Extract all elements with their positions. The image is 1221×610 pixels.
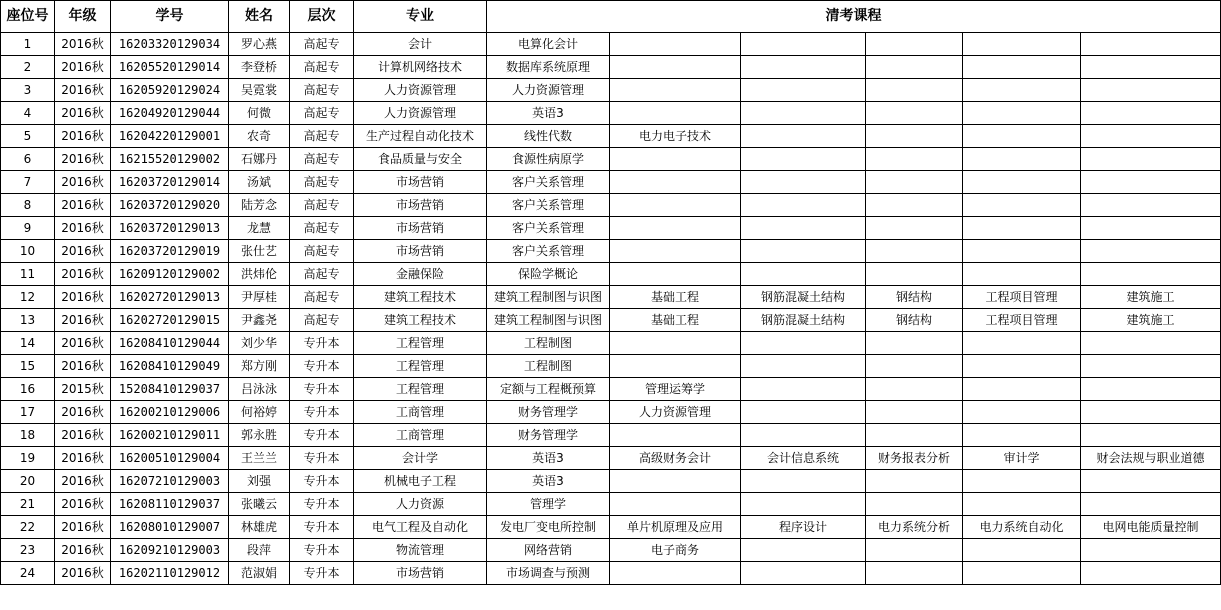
- course-cell-2[interactable]: 电子商务: [610, 539, 741, 562]
- course-cell-5[interactable]: [963, 424, 1081, 447]
- grade-cell[interactable]: 2016秋: [55, 33, 111, 56]
- major-cell[interactable]: 物流管理: [354, 539, 487, 562]
- course-cell-4[interactable]: [866, 493, 963, 516]
- course-cell-1[interactable]: 工程制图: [487, 332, 610, 355]
- course-cell-2[interactable]: 基础工程: [610, 309, 741, 332]
- major-cell[interactable]: 市场营销: [354, 217, 487, 240]
- course-cell-4[interactable]: [866, 539, 963, 562]
- grade-cell[interactable]: 2016秋: [55, 263, 111, 286]
- course-cell-1[interactable]: 英语3: [487, 447, 610, 470]
- major-cell[interactable]: 市场营销: [354, 194, 487, 217]
- course-cell-6[interactable]: [1081, 401, 1221, 424]
- grade-cell[interactable]: 2016秋: [55, 493, 111, 516]
- course-cell-2[interactable]: [610, 332, 741, 355]
- course-cell-4[interactable]: [866, 263, 963, 286]
- student-id-cell[interactable]: 15208410129037: [111, 378, 229, 401]
- seat-cell[interactable]: 12: [1, 286, 55, 309]
- course-cell-5[interactable]: [963, 332, 1081, 355]
- seat-cell[interactable]: 3: [1, 79, 55, 102]
- seat-cell[interactable]: 21: [1, 493, 55, 516]
- student-id-cell[interactable]: 16209120129002: [111, 263, 229, 286]
- student-id-cell[interactable]: 16207210129003: [111, 470, 229, 493]
- student-id-cell[interactable]: 16202110129012: [111, 562, 229, 585]
- name-cell[interactable]: 李登桥: [229, 56, 290, 79]
- seat-cell[interactable]: 5: [1, 125, 55, 148]
- course-cell-3[interactable]: [741, 562, 866, 585]
- table-row: 132016秋16202720129015尹鑫尧高起专建筑工程技术建筑工程制图与…: [1, 309, 1221, 332]
- name-cell[interactable]: 张仕艺: [229, 240, 290, 263]
- course-cell-2[interactable]: [610, 79, 741, 102]
- course-cell-1[interactable]: 客户关系管理: [487, 171, 610, 194]
- course-cell-6[interactable]: [1081, 424, 1221, 447]
- grade-cell[interactable]: 2016秋: [55, 194, 111, 217]
- seat-cell[interactable]: 7: [1, 171, 55, 194]
- course-cell-4[interactable]: 财务报表分析: [866, 447, 963, 470]
- major-cell[interactable]: 会计学: [354, 447, 487, 470]
- seat-cell[interactable]: 8: [1, 194, 55, 217]
- course-cell-3[interactable]: [741, 33, 866, 56]
- course-cell-4[interactable]: 钢结构: [866, 286, 963, 309]
- course-cell-6[interactable]: [1081, 148, 1221, 171]
- course-cell-1[interactable]: 管理学: [487, 493, 610, 516]
- level-cell[interactable]: 高起专: [290, 56, 354, 79]
- seat-cell[interactable]: 11: [1, 263, 55, 286]
- level-cell[interactable]: 高起专: [290, 217, 354, 240]
- course-cell-3[interactable]: [741, 470, 866, 493]
- name-cell[interactable]: 尹厚桂: [229, 286, 290, 309]
- course-cell-3[interactable]: 钢筋混凝土结构: [741, 286, 866, 309]
- course-cell-6[interactable]: [1081, 355, 1221, 378]
- grade-cell[interactable]: 2016秋: [55, 516, 111, 539]
- seat-cell[interactable]: 6: [1, 148, 55, 171]
- table-body: 12016秋16203320129034罗心燕高起专会计电算化会计22016秋1…: [1, 33, 1221, 585]
- course-cell-6[interactable]: [1081, 171, 1221, 194]
- grade-cell[interactable]: 2016秋: [55, 332, 111, 355]
- course-cell-6[interactable]: 建筑施工: [1081, 309, 1221, 332]
- student-id-cell[interactable]: 16208110129037: [111, 493, 229, 516]
- course-cell-3[interactable]: [741, 217, 866, 240]
- grade-cell[interactable]: 2016秋: [55, 470, 111, 493]
- course-cell-1[interactable]: 市场调查与预测: [487, 562, 610, 585]
- name-cell[interactable]: 何微: [229, 102, 290, 125]
- course-cell-1[interactable]: 线性代数: [487, 125, 610, 148]
- level-cell[interactable]: 高起专: [290, 263, 354, 286]
- course-cell-1[interactable]: 财务管理学: [487, 424, 610, 447]
- course-cell-2[interactable]: 管理运筹学: [610, 378, 741, 401]
- level-cell[interactable]: 高起专: [290, 102, 354, 125]
- grade-cell[interactable]: 2016秋: [55, 171, 111, 194]
- course-cell-5[interactable]: 工程项目管理: [963, 309, 1081, 332]
- name-cell[interactable]: 陆芳念: [229, 194, 290, 217]
- major-cell[interactable]: 工程管理: [354, 355, 487, 378]
- course-cell-3[interactable]: [741, 424, 866, 447]
- course-cell-3[interactable]: [741, 240, 866, 263]
- major-cell[interactable]: 会计: [354, 33, 487, 56]
- name-cell[interactable]: 龙慧: [229, 217, 290, 240]
- course-cell-2[interactable]: 基础工程: [610, 286, 741, 309]
- course-cell-6[interactable]: [1081, 194, 1221, 217]
- grade-cell[interactable]: 2016秋: [55, 56, 111, 79]
- major-cell[interactable]: 市场营销: [354, 562, 487, 585]
- course-cell-4[interactable]: 钢结构: [866, 309, 963, 332]
- course-cell-4[interactable]: [866, 240, 963, 263]
- grade-cell[interactable]: 2016秋: [55, 240, 111, 263]
- course-cell-5[interactable]: [963, 401, 1081, 424]
- table-row: 172016秋16200210129006何裕婷专升本工商管理财务管理学人力资源…: [1, 401, 1221, 424]
- course-cell-5[interactable]: 审计学: [963, 447, 1081, 470]
- course-cell-4[interactable]: [866, 125, 963, 148]
- name-cell[interactable]: 罗心燕: [229, 33, 290, 56]
- course-cell-6[interactable]: [1081, 562, 1221, 585]
- level-cell[interactable]: 专升本: [290, 562, 354, 585]
- level-cell[interactable]: 专升本: [290, 539, 354, 562]
- level-cell[interactable]: 高起专: [290, 240, 354, 263]
- student-id-cell[interactable]: 16204920129044: [111, 102, 229, 125]
- course-cell-5[interactable]: [963, 33, 1081, 56]
- student-id-cell[interactable]: 16202720129013: [111, 286, 229, 309]
- course-cell-5[interactable]: [963, 539, 1081, 562]
- seat-cell[interactable]: 16: [1, 378, 55, 401]
- major-cell[interactable]: 生产过程自动化技术: [354, 125, 487, 148]
- grade-cell[interactable]: 2015秋: [55, 378, 111, 401]
- seat-cell[interactable]: 4: [1, 102, 55, 125]
- course-cell-3[interactable]: [741, 493, 866, 516]
- grade-cell[interactable]: 2016秋: [55, 447, 111, 470]
- course-cell-6[interactable]: 电网电能质量控制: [1081, 516, 1221, 539]
- table-row: 222016秋16208010129007林雄虎专升本电气工程及自动化发电厂变电…: [1, 516, 1221, 539]
- grade-cell[interactable]: 2016秋: [55, 401, 111, 424]
- course-cell-6[interactable]: [1081, 102, 1221, 125]
- course-cell-1[interactable]: 建筑工程制图与识图: [487, 309, 610, 332]
- course-cell-4[interactable]: [866, 102, 963, 125]
- level-cell[interactable]: 专升本: [290, 516, 354, 539]
- course-cell-1[interactable]: 客户关系管理: [487, 194, 610, 217]
- major-cell[interactable]: 人力资源: [354, 493, 487, 516]
- seat-cell[interactable]: 22: [1, 516, 55, 539]
- course-cell-2[interactable]: [610, 424, 741, 447]
- course-cell-3[interactable]: [741, 355, 866, 378]
- course-cell-1[interactable]: 英语3: [487, 470, 610, 493]
- course-cell-2[interactable]: [610, 493, 741, 516]
- course-cell-4[interactable]: [866, 562, 963, 585]
- course-cell-4[interactable]: [866, 424, 963, 447]
- grade-cell[interactable]: 2016秋: [55, 355, 111, 378]
- course-cell-5[interactable]: [963, 194, 1081, 217]
- grade-cell[interactable]: 2016秋: [55, 286, 111, 309]
- major-cell[interactable]: 建筑工程技术: [354, 309, 487, 332]
- grade-cell[interactable]: 2016秋: [55, 79, 111, 102]
- course-cell-1[interactable]: 英语3: [487, 102, 610, 125]
- course-cell-4[interactable]: [866, 79, 963, 102]
- course-cell-5[interactable]: 工程项目管理: [963, 286, 1081, 309]
- course-cell-1[interactable]: 保险学概论: [487, 263, 610, 286]
- course-cell-3[interactable]: 钢筋混凝土结构: [741, 309, 866, 332]
- table-row: 32016秋16205920129024吴霓裳高起专人力资源管理人力资源管理: [1, 79, 1221, 102]
- course-cell-5[interactable]: [963, 562, 1081, 585]
- name-cell[interactable]: 林雄虎: [229, 516, 290, 539]
- course-cell-2[interactable]: [610, 217, 741, 240]
- course-cell-2[interactable]: [610, 102, 741, 125]
- level-cell[interactable]: 专升本: [290, 424, 354, 447]
- course-cell-1[interactable]: 电算化会计: [487, 33, 610, 56]
- student-id-cell[interactable]: 16209210129003: [111, 539, 229, 562]
- course-cell-1[interactable]: 建筑工程制图与识图: [487, 286, 610, 309]
- major-cell[interactable]: 工程管理: [354, 332, 487, 355]
- course-cell-6[interactable]: [1081, 332, 1221, 355]
- course-cell-6[interactable]: 建筑施工: [1081, 286, 1221, 309]
- seat-cell[interactable]: 9: [1, 217, 55, 240]
- major-cell[interactable]: 工程管理: [354, 378, 487, 401]
- course-cell-4[interactable]: [866, 401, 963, 424]
- student-id-cell[interactable]: 16205520129014: [111, 56, 229, 79]
- grade-cell[interactable]: 2016秋: [55, 125, 111, 148]
- table-row: 212016秋16208110129037张曦云专升本人力资源管理学: [1, 493, 1221, 516]
- course-cell-1[interactable]: 财务管理学: [487, 401, 610, 424]
- course-cell-6[interactable]: [1081, 240, 1221, 263]
- course-cell-1[interactable]: 客户关系管理: [487, 217, 610, 240]
- course-cell-5[interactable]: [963, 217, 1081, 240]
- grade-cell[interactable]: 2016秋: [55, 309, 111, 332]
- course-cell-4[interactable]: [866, 56, 963, 79]
- level-cell[interactable]: 高起专: [290, 33, 354, 56]
- student-id-cell[interactable]: 16208010129007: [111, 516, 229, 539]
- level-cell[interactable]: 高起专: [290, 148, 354, 171]
- grade-cell[interactable]: 2016秋: [55, 562, 111, 585]
- student-id-cell[interactable]: 16203720129014: [111, 171, 229, 194]
- student-id-cell[interactable]: 16203720129020: [111, 194, 229, 217]
- major-cell[interactable]: 市场营销: [354, 240, 487, 263]
- course-cell-1[interactable]: 网络营销: [487, 539, 610, 562]
- course-cell-1[interactable]: 客户关系管理: [487, 240, 610, 263]
- course-cell-1[interactable]: 数据库系统原理: [487, 56, 610, 79]
- grade-cell[interactable]: 2016秋: [55, 217, 111, 240]
- course-cell-2[interactable]: 单片机原理及应用: [610, 516, 741, 539]
- student-id-cell[interactable]: 16215520129002: [111, 148, 229, 171]
- major-cell[interactable]: 食品质量与安全: [354, 148, 487, 171]
- level-cell[interactable]: 专升本: [290, 332, 354, 355]
- student-id-cell[interactable]: 16200210129011: [111, 424, 229, 447]
- name-cell[interactable]: 洪炜伦: [229, 263, 290, 286]
- course-cell-2[interactable]: [610, 56, 741, 79]
- table-row: 152016秋16208410129049郑方刚专升本工程管理工程制图: [1, 355, 1221, 378]
- name-cell[interactable]: 段萍: [229, 539, 290, 562]
- major-cell[interactable]: 工商管理: [354, 401, 487, 424]
- course-cell-5[interactable]: [963, 493, 1081, 516]
- table-row: 182016秋16200210129011郭永胜专升本工商管理财务管理学: [1, 424, 1221, 447]
- seat-cell[interactable]: 2: [1, 56, 55, 79]
- course-cell-4[interactable]: [866, 33, 963, 56]
- name-cell[interactable]: 农奇: [229, 125, 290, 148]
- student-id-cell[interactable]: 16203320129034: [111, 33, 229, 56]
- grade-cell[interactable]: 2016秋: [55, 148, 111, 171]
- course-cell-3[interactable]: [741, 171, 866, 194]
- name-cell[interactable]: 王兰兰: [229, 447, 290, 470]
- seat-cell[interactable]: 24: [1, 562, 55, 585]
- course-cell-2[interactable]: [610, 562, 741, 585]
- level-cell[interactable]: 专升本: [290, 447, 354, 470]
- student-id-cell[interactable]: 16203720129013: [111, 217, 229, 240]
- course-cell-2[interactable]: [610, 194, 741, 217]
- level-cell[interactable]: 专升本: [290, 470, 354, 493]
- level-cell[interactable]: 专升本: [290, 378, 354, 401]
- course-cell-2[interactable]: [610, 148, 741, 171]
- header-student-id: 学号: [111, 1, 229, 33]
- grade-cell[interactable]: 2016秋: [55, 539, 111, 562]
- course-cell-2[interactable]: [610, 470, 741, 493]
- table-row: 62016秋16215520129002石娜丹高起专食品质量与安全食源性病原学: [1, 148, 1221, 171]
- course-cell-6[interactable]: [1081, 217, 1221, 240]
- course-cell-3[interactable]: [741, 79, 866, 102]
- course-cell-2[interactable]: [610, 33, 741, 56]
- course-cell-3[interactable]: [741, 401, 866, 424]
- course-cell-4[interactable]: [866, 470, 963, 493]
- course-cell-5[interactable]: [963, 263, 1081, 286]
- course-cell-4[interactable]: [866, 332, 963, 355]
- course-cell-4[interactable]: [866, 378, 963, 401]
- name-cell[interactable]: 范淑娟: [229, 562, 290, 585]
- course-cell-4[interactable]: [866, 194, 963, 217]
- seat-cell[interactable]: 20: [1, 470, 55, 493]
- level-cell[interactable]: 高起专: [290, 194, 354, 217]
- course-cell-6[interactable]: [1081, 33, 1221, 56]
- course-cell-3[interactable]: [741, 102, 866, 125]
- course-cell-5[interactable]: [963, 148, 1081, 171]
- course-cell-5[interactable]: [963, 470, 1081, 493]
- course-cell-2[interactable]: [610, 263, 741, 286]
- major-cell[interactable]: 电气工程及自动化: [354, 516, 487, 539]
- name-cell[interactable]: 张曦云: [229, 493, 290, 516]
- course-cell-6[interactable]: [1081, 470, 1221, 493]
- course-cell-4[interactable]: [866, 217, 963, 240]
- name-cell[interactable]: 尹鑫尧: [229, 309, 290, 332]
- course-cell-5[interactable]: 电力系统自动化: [963, 516, 1081, 539]
- name-cell[interactable]: 吕泳泳: [229, 378, 290, 401]
- course-cell-3[interactable]: [741, 378, 866, 401]
- name-cell[interactable]: 刘强: [229, 470, 290, 493]
- level-cell[interactable]: 专升本: [290, 355, 354, 378]
- student-id-cell[interactable]: 16204220129001: [111, 125, 229, 148]
- course-cell-5[interactable]: [963, 378, 1081, 401]
- course-cell-6[interactable]: [1081, 125, 1221, 148]
- name-cell[interactable]: 吴霓裳: [229, 79, 290, 102]
- level-cell[interactable]: 高起专: [290, 171, 354, 194]
- course-cell-1[interactable]: 工程制图: [487, 355, 610, 378]
- name-cell[interactable]: 石娜丹: [229, 148, 290, 171]
- course-cell-6[interactable]: [1081, 79, 1221, 102]
- table-row: 162015秋15208410129037吕泳泳专升本工程管理定额与工程概预算管…: [1, 378, 1221, 401]
- student-id-cell[interactable]: 16202720129015: [111, 309, 229, 332]
- course-cell-3[interactable]: 程序设计: [741, 516, 866, 539]
- course-cell-6[interactable]: [1081, 263, 1221, 286]
- seat-cell[interactable]: 10: [1, 240, 55, 263]
- course-cell-3[interactable]: 会计信息系统: [741, 447, 866, 470]
- course-cell-5[interactable]: [963, 125, 1081, 148]
- seat-cell[interactable]: 17: [1, 401, 55, 424]
- course-cell-3[interactable]: [741, 148, 866, 171]
- name-cell[interactable]: 何裕婷: [229, 401, 290, 424]
- course-cell-2[interactable]: [610, 171, 741, 194]
- student-id-cell[interactable]: 16208410129044: [111, 332, 229, 355]
- course-cell-3[interactable]: [741, 56, 866, 79]
- major-cell[interactable]: 人力资源管理: [354, 102, 487, 125]
- major-cell[interactable]: 市场营销: [354, 171, 487, 194]
- major-cell[interactable]: 计算机网络技术: [354, 56, 487, 79]
- course-cell-6[interactable]: [1081, 493, 1221, 516]
- course-cell-6[interactable]: [1081, 378, 1221, 401]
- course-cell-1[interactable]: 发电厂变电所控制: [487, 516, 610, 539]
- course-cell-5[interactable]: [963, 79, 1081, 102]
- course-cell-2[interactable]: 高级财务会计: [610, 447, 741, 470]
- course-cell-3[interactable]: [741, 263, 866, 286]
- course-cell-4[interactable]: 电力系统分析: [866, 516, 963, 539]
- course-cell-5[interactable]: [963, 171, 1081, 194]
- course-cell-4[interactable]: [866, 355, 963, 378]
- major-cell[interactable]: 机械电子工程: [354, 470, 487, 493]
- course-cell-6[interactable]: 财会法规与职业道德: [1081, 447, 1221, 470]
- name-cell[interactable]: 郑方刚: [229, 355, 290, 378]
- course-cell-3[interactable]: [741, 194, 866, 217]
- course-cell-3[interactable]: [741, 539, 866, 562]
- course-cell-5[interactable]: [963, 102, 1081, 125]
- course-cell-5[interactable]: [963, 56, 1081, 79]
- course-cell-4[interactable]: [866, 171, 963, 194]
- student-id-cell[interactable]: 16203720129019: [111, 240, 229, 263]
- course-cell-2[interactable]: 人力资源管理: [610, 401, 741, 424]
- course-cell-5[interactable]: [963, 355, 1081, 378]
- course-cell-2[interactable]: 电力电子技术: [610, 125, 741, 148]
- student-id-cell[interactable]: 16205920129024: [111, 79, 229, 102]
- course-cell-4[interactable]: [866, 148, 963, 171]
- level-cell[interactable]: 高起专: [290, 286, 354, 309]
- major-cell[interactable]: 工商管理: [354, 424, 487, 447]
- seat-cell[interactable]: 13: [1, 309, 55, 332]
- course-cell-2[interactable]: [610, 240, 741, 263]
- header-courses: 清考课程: [487, 1, 1221, 33]
- level-cell[interactable]: 高起专: [290, 79, 354, 102]
- course-cell-1[interactable]: 定额与工程概预算: [487, 378, 610, 401]
- name-cell[interactable]: 汤斌: [229, 171, 290, 194]
- level-cell[interactable]: 专升本: [290, 493, 354, 516]
- name-cell[interactable]: 郭永胜: [229, 424, 290, 447]
- course-cell-3[interactable]: [741, 332, 866, 355]
- seat-cell[interactable]: 18: [1, 424, 55, 447]
- seat-cell[interactable]: 19: [1, 447, 55, 470]
- major-cell[interactable]: 建筑工程技术: [354, 286, 487, 309]
- major-cell[interactable]: 金融保险: [354, 263, 487, 286]
- level-cell[interactable]: 专升本: [290, 401, 354, 424]
- major-cell[interactable]: 人力资源管理: [354, 79, 487, 102]
- course-cell-1[interactable]: 人力资源管理: [487, 79, 610, 102]
- grade-cell[interactable]: 2016秋: [55, 102, 111, 125]
- course-cell-2[interactable]: [610, 355, 741, 378]
- student-id-cell[interactable]: 16200210129006: [111, 401, 229, 424]
- course-cell-1[interactable]: 食源性病原学: [487, 148, 610, 171]
- course-cell-5[interactable]: [963, 240, 1081, 263]
- level-cell[interactable]: 高起专: [290, 309, 354, 332]
- level-cell[interactable]: 高起专: [290, 125, 354, 148]
- student-id-cell[interactable]: 16208410129049: [111, 355, 229, 378]
- grade-cell[interactable]: 2016秋: [55, 424, 111, 447]
- course-cell-6[interactable]: [1081, 56, 1221, 79]
- student-id-cell[interactable]: 16200510129004: [111, 447, 229, 470]
- seat-cell[interactable]: 23: [1, 539, 55, 562]
- seat-cell[interactable]: 15: [1, 355, 55, 378]
- seat-cell[interactable]: 1: [1, 33, 55, 56]
- course-cell-3[interactable]: [741, 125, 866, 148]
- seat-cell[interactable]: 14: [1, 332, 55, 355]
- name-cell[interactable]: 刘少华: [229, 332, 290, 355]
- course-cell-6[interactable]: [1081, 539, 1221, 562]
